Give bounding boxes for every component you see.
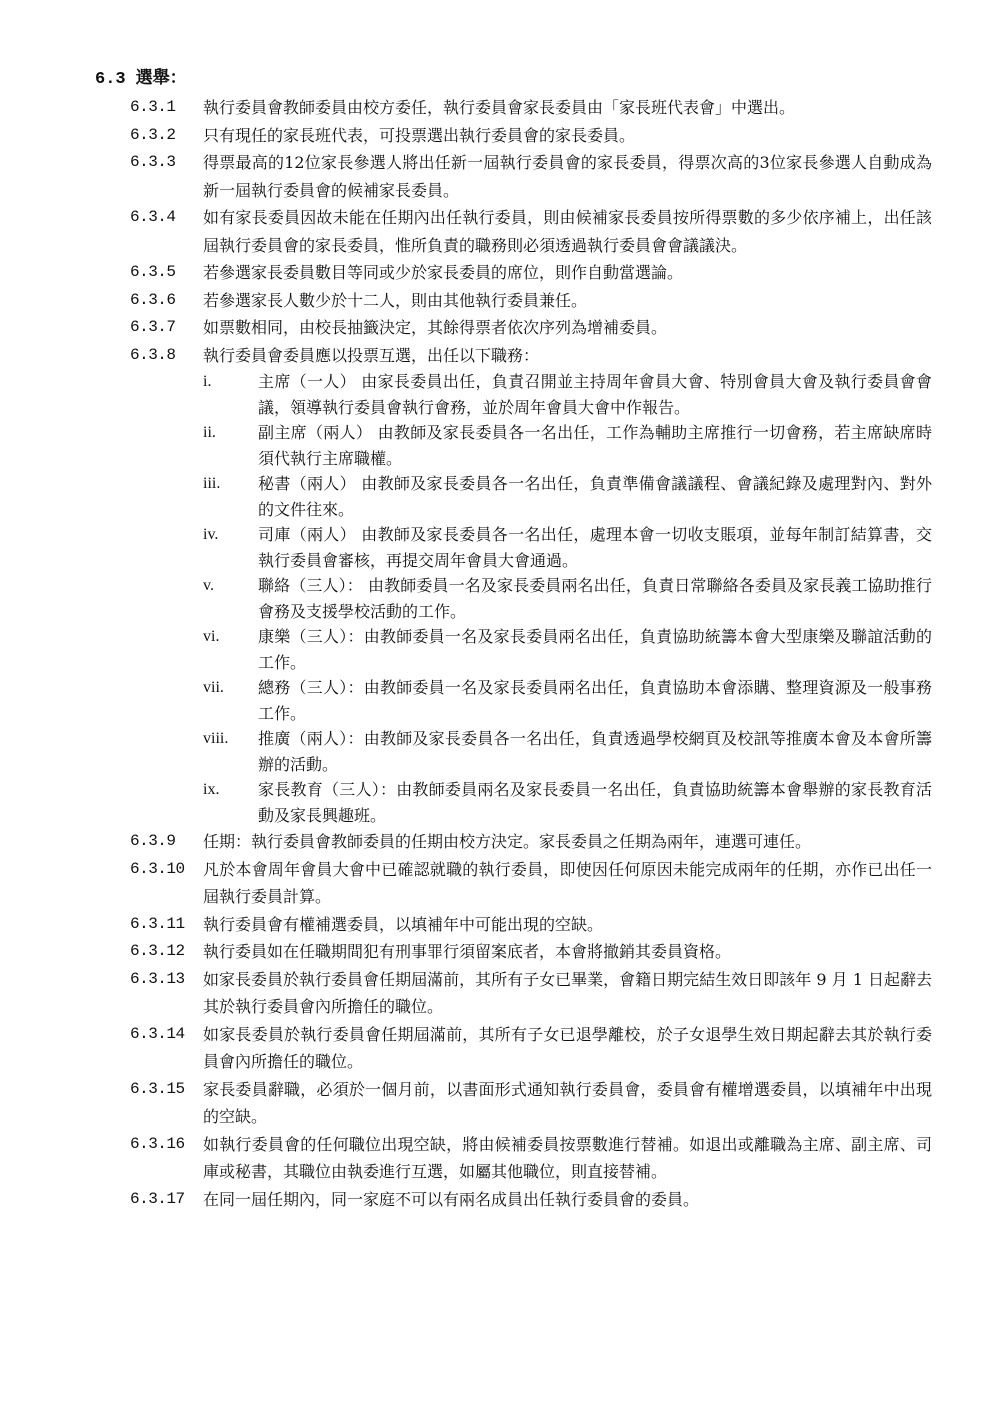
- clause-text: 在同一屆任期內，同一家庭不可以有兩名成員出任執行委員會的委員。: [203, 1186, 932, 1214]
- clause-number: 6.3.4: [130, 204, 203, 259]
- clause-text: 執行委員如在任職期間犯有刑事罪行須留案底者，本會將撤銷其委員資格。: [203, 938, 932, 966]
- clause-6-3-15: 6.3.15家長委員辭職，必須於一個月前，以書面形式通知執行委員會，委員會有權增…: [130, 1076, 932, 1131]
- clause-number: 6.3.12: [130, 938, 203, 966]
- clause-6-3-13: 6.3.13如家長委員於執行委員會任期屆滿前，其所有子女已畢業，會籍日期完結生效…: [130, 966, 932, 1021]
- duty-numeral: viii.: [203, 726, 258, 777]
- clause-6-3-12: 6.3.12執行委員如在任職期間犯有刑事罪行須留案底者，本會將撤銷其委員資格。: [130, 938, 932, 966]
- clause-text: 任期：執行委員會教師委員的任期由校方決定。家長委員之任期為兩年，連選可連任。: [203, 828, 932, 856]
- duty-text: 推廣（兩人）：由教師及家長委員各一名出任，負責透過學校網頁及校訊等推廣本會及本會…: [258, 726, 932, 777]
- duty-numeral: i.: [203, 369, 258, 420]
- clause-list: 6.3.1執行委員會教師委員由校方委任，執行委員會家長委員由「家長班代表會」中選…: [130, 94, 932, 1213]
- duty-text: 秘書（兩人） 由教師及家長委員各一名出任，負責準備會議議程、會議紀錄及處理對內、…: [258, 471, 932, 522]
- duty-numeral: vii.: [203, 675, 258, 726]
- clause-text: 家長委員辭職，必須於一個月前，以書面形式通知執行委員會，委員會有權增選委員，以填…: [203, 1076, 932, 1131]
- duties-list: i.主席（一人） 由家長委員出任，負責召開並主持周年會員大會、特別會員大會及執行…: [203, 369, 932, 828]
- clause-6-3-3: 6.3.3得票最高的12位家長參選人將出任新一屆執行委員會的家長委員，得票次高的…: [130, 149, 932, 204]
- clause-6-3-1: 6.3.1執行委員會教師委員由校方委任，執行委員會家長委員由「家長班代表會」中選…: [130, 94, 932, 122]
- clause-number: 6.3.9: [130, 828, 203, 856]
- clause-text: 只有現任的家長班代表，可投票選出執行委員會的家長委員。: [203, 122, 932, 150]
- clause-text: 如家長委員於執行委員會任期屆滿前，其所有子女已畢業，會籍日期完結生效日即該年 9…: [203, 966, 932, 1021]
- clause-6-3-16: 6.3.16如執行委員會的任何職位出現空缺，將由候補委員按票數進行替補。如退出或…: [130, 1131, 932, 1186]
- duty-text: 總務（三人）：由教師委員一名及家長委員兩名出任，負責協助本會添購、整理資源及一般…: [258, 675, 932, 726]
- clause-number: 6.3.14: [130, 1021, 203, 1076]
- clause-6-3-6: 6.3.6若參選家長人數少於十二人，則由其他執行委員兼任。: [130, 287, 932, 315]
- clause-6-3-4: 6.3.4如有家長委員因故未能在任期內出任執行委員，則由候補家長委員按所得票數的…: [130, 204, 932, 259]
- clause-6-3-8: 6.3.8執行委員會委員應以投票互選，出任以下職務：: [130, 342, 932, 370]
- duty-secretary: iii.秘書（兩人） 由教師及家長委員各一名出任，負責準備會議議程、會議紀錄及處…: [203, 471, 932, 522]
- duty-numeral: v.: [203, 573, 258, 624]
- clause-number: 6.3.2: [130, 122, 203, 150]
- clause-number: 6.3.16: [130, 1131, 203, 1186]
- clause-6-3-14: 6.3.14如家長委員於執行委員會任期屆滿前，其所有子女已退學離校，於子女退學生…: [130, 1021, 932, 1076]
- clause-text: 若參選家長人數少於十二人，則由其他執行委員兼任。: [203, 287, 932, 315]
- clause-number: 6.3.11: [130, 911, 203, 939]
- clause-number: 6.3.15: [130, 1076, 203, 1131]
- duty-chairman: i.主席（一人） 由家長委員出任，負責召開並主持周年會員大會、特別會員大會及執行…: [203, 369, 932, 420]
- document-page: 6.3選舉： 6.3.1執行委員會教師委員由校方委任，執行委員會家長委員由「家長…: [0, 0, 992, 1403]
- clause-6-3-9: 6.3.9任期：執行委員會教師委員的任期由校方決定。家長委員之任期為兩年，連選可…: [130, 828, 932, 856]
- duty-text: 家長教育（三人）：由教師委員兩名及家長委員一名出任，負責協助統籌本會舉辦的家長教…: [258, 777, 932, 828]
- clause-text: 如執行委員會的任何職位出現空缺，將由候補委員按票數進行替補。如退出或離職為主席、…: [203, 1131, 932, 1186]
- clause-number: 6.3.1: [130, 94, 203, 122]
- clause-6-3-5: 6.3.5若參選家長委員數目等同或少於家長委員的席位，則作自動當選論。: [130, 259, 932, 287]
- clause-number: 6.3.3: [130, 149, 203, 204]
- section-heading: 6.3選舉：: [95, 63, 187, 89]
- clause-number: 6.3.17: [130, 1186, 203, 1214]
- duty-text: 聯絡（三人）： 由教師委員一名及家長委員兩名出任，負責日常聯絡各委員及家長義工協…: [258, 573, 932, 624]
- clause-text: 執行委員會教師委員由校方委任，執行委員會家長委員由「家長班代表會」中選出。: [203, 94, 932, 122]
- clause-text: 若參選家長委員數目等同或少於家長委員的席位，則作自動當選論。: [203, 259, 932, 287]
- clause-text: 如家長委員於執行委員會任期屆滿前，其所有子女已退學離校，於子女退學生效日期起辭去…: [203, 1021, 932, 1076]
- section-number: 6.3: [95, 70, 126, 89]
- duty-treasurer: iv.司庫（兩人） 由教師及家長委員各一名出任，處理本會一切收支賬項，並每年制訂…: [203, 522, 932, 573]
- clause-number: 6.3.13: [130, 966, 203, 1021]
- duty-numeral: iv.: [203, 522, 258, 573]
- clause-6-3-17: 6.3.17在同一屆任期內，同一家庭不可以有兩名成員出任執行委員會的委員。: [130, 1186, 932, 1214]
- clause-6-3-2: 6.3.2只有現任的家長班代表，可投票選出執行委員會的家長委員。: [130, 122, 932, 150]
- clause-number: 6.3.6: [130, 287, 203, 315]
- duty-parent-education: ix.家長教育（三人）：由教師委員兩名及家長委員一名出任，負責協助統籌本會舉辦的…: [203, 777, 932, 828]
- clause-text: 執行委員會委員應以投票互選，出任以下職務：: [203, 342, 932, 370]
- duty-general-affairs: vii.總務（三人）：由教師委員一名及家長委員兩名出任，負責協助本會添購、整理資…: [203, 675, 932, 726]
- duty-numeral: iii.: [203, 471, 258, 522]
- duty-text: 副主席（兩人） 由教師及家長委員各一名出任，工作為輔助主席推行一切會務，若主席缺…: [258, 420, 932, 471]
- clause-number: 6.3.7: [130, 314, 203, 342]
- clause-number: 6.3.10: [130, 856, 203, 911]
- clause-text: 凡於本會周年會員大會中已確認就職的執行委員，即使因任何原因未能完成兩年的任期，亦…: [203, 856, 932, 911]
- duty-promotion: viii.推廣（兩人）：由教師及家長委員各一名出任，負責透過學校網頁及校訊等推廣…: [203, 726, 932, 777]
- duty-text: 主席（一人） 由家長委員出任，負責召開並主持周年會員大會、特別會員大會及執行委員…: [258, 369, 932, 420]
- clause-6-3-11: 6.3.11執行委員會有權補選委員，以填補年中可能出現的空缺。: [130, 911, 932, 939]
- duty-numeral: ix.: [203, 777, 258, 828]
- clause-6-3-7: 6.3.7如票數相同，由校長抽籤決定，其餘得票者依次序列為增補委員。: [130, 314, 932, 342]
- duty-recreation: vi.康樂（三人）：由教師委員一名及家長委員兩名出任，負責協助統籌本會大型康樂及…: [203, 624, 932, 675]
- clause-text: 得票最高的12位家長參選人將出任新一屆執行委員會的家長委員，得票次高的3位家長參…: [203, 149, 932, 204]
- duty-text: 康樂（三人）：由教師委員一名及家長委員兩名出任，負責協助統籌本會大型康樂及聯誼活…: [258, 624, 932, 675]
- clause-text: 執行委員會有權補選委員，以填補年中可能出現的空缺。: [203, 911, 932, 939]
- duty-numeral: ii.: [203, 420, 258, 471]
- clause-text: 如有家長委員因故未能在任期內出任執行委員，則由候補家長委員按所得票數的多少依序補…: [203, 204, 932, 259]
- duty-liaison: v.聯絡（三人）： 由教師委員一名及家長委員兩名出任，負責日常聯絡各委員及家長義…: [203, 573, 932, 624]
- duty-text: 司庫（兩人） 由教師及家長委員各一名出任，處理本會一切收支賬項，並每年制訂結算書…: [258, 522, 932, 573]
- clause-text: 如票數相同，由校長抽籤決定，其餘得票者依次序列為增補委員。: [203, 314, 932, 342]
- section-title: 選舉：: [136, 68, 187, 88]
- duty-numeral: vi.: [203, 624, 258, 675]
- clause-number: 6.3.8: [130, 342, 203, 370]
- clause-number: 6.3.5: [130, 259, 203, 287]
- clause-6-3-10: 6.3.10凡於本會周年會員大會中已確認就職的執行委員，即使因任何原因未能完成兩…: [130, 856, 932, 911]
- duty-vice-chairman: ii.副主席（兩人） 由教師及家長委員各一名出任，工作為輔助主席推行一切會務，若…: [203, 420, 932, 471]
